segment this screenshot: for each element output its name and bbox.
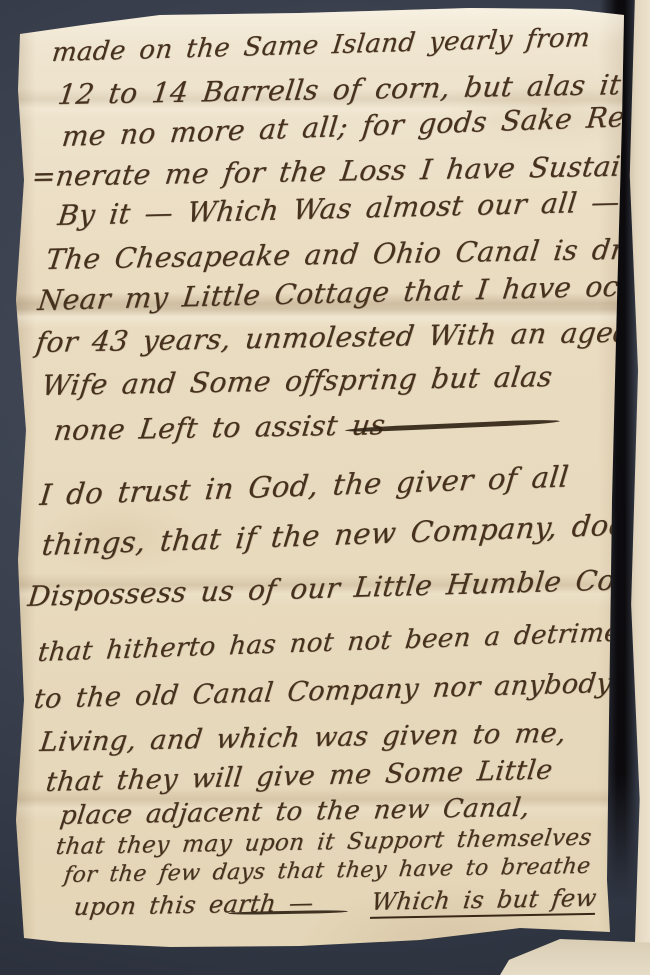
handwritten-line: for 43 years, unmolested With an aged <box>34 316 634 359</box>
handwritten-line: to the old Canal Company nor anybody <box>32 668 613 715</box>
handwritten-line: made on the Same Island yearly from <box>50 23 591 68</box>
handwritten-line: Living, and which was given to me, <box>38 718 568 758</box>
handwritten-line: for the few days that they have to breat… <box>62 854 592 888</box>
second-page-corner <box>500 939 650 975</box>
handwritten-line: The Chesapeake and Ohio Canal is drawing <box>44 231 650 276</box>
handwritten-line: place adjacent to the new Canal, <box>58 793 531 831</box>
handwritten-line: that hitherto has not not been a detrime… <box>36 617 649 668</box>
photo-background: made on the Same Island yearly from 12 t… <box>0 0 650 975</box>
handwritten-line: I do trust in God, the giver of all <box>38 459 570 512</box>
handwritten-line: Wife and Some offspring but alas <box>40 360 554 402</box>
handwritten-line: By it — Which Was almost our all — <box>56 185 622 232</box>
handwritten-line: upon this earth —Which is but few <box>72 884 598 921</box>
handwritten-line: none Left to assist us <box>52 408 387 447</box>
handwritten-line: Dispossess us of our Little Humble Cotta… <box>26 561 650 613</box>
handwritten-line: that they will give me Some Little <box>44 755 554 798</box>
letter-page: made on the Same Island yearly from 12 t… <box>0 0 650 975</box>
handwritten-line: things, that if the new Company, does <box>40 507 643 562</box>
underlined-phrase: Which is but few <box>369 884 598 919</box>
handwritten-line: Near my Little Cottage that I have occup… <box>36 267 650 317</box>
line-fragment: upon this earth — <box>72 889 315 921</box>
